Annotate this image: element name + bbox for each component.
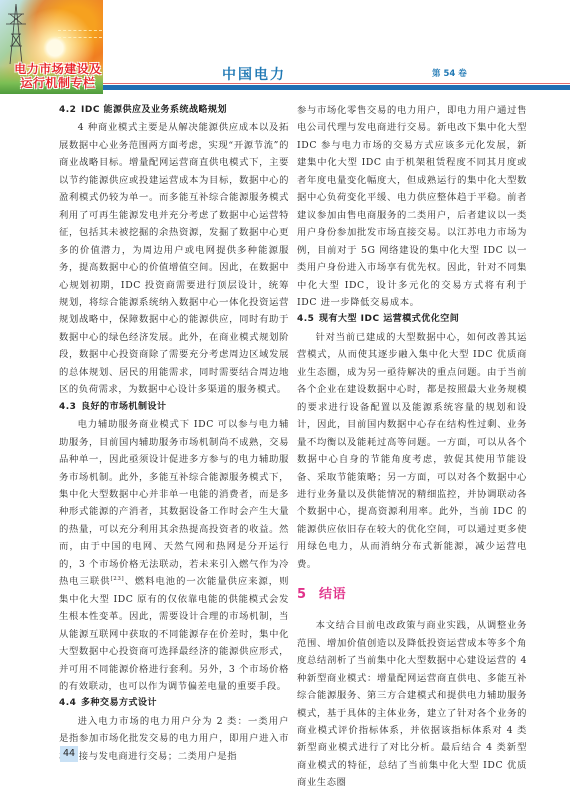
page-number: 44 xyxy=(60,746,78,762)
section-title: 现有大型 IDC 运营模式优化空间 xyxy=(319,314,459,324)
section-number: 4.4 xyxy=(59,695,81,712)
right-column: 参与市场化零售交易的电力用户，即电力用户通过售电公司代理与发电商进行交易。新电改… xyxy=(297,102,527,792)
paragraph-continued: 参与市场化零售交易的电力用户，即电力用户通过售电公司代理与发电商进行交易。新电改… xyxy=(297,102,527,311)
section-heading-5: 5结语 xyxy=(297,585,527,605)
section-title: 多种交易方式设计 xyxy=(81,698,157,708)
section-number: 4.5 xyxy=(297,311,319,328)
left-column: 4.2IDC 能源供应及业务系统战略规划 4 种商业模式主要是从解决能源供应成本… xyxy=(59,102,289,765)
section-title: 良好的市场机制设计 xyxy=(81,402,167,412)
section-number: 4.3 xyxy=(59,399,81,416)
section-number: 5 xyxy=(297,585,319,605)
decorative-lines xyxy=(58,30,102,38)
column-badge-image: 电力市场建设及 运行机制专栏 xyxy=(0,0,103,94)
section-title: 结语 xyxy=(319,587,346,602)
section-heading-4-2: 4.2IDC 能源供应及业务系统战略规划 xyxy=(59,102,289,119)
section-number: 4.2 xyxy=(59,102,81,119)
transmission-tower-icon xyxy=(6,4,26,64)
citation-ref[interactable]: [23] xyxy=(111,576,125,582)
volume-label: 第 54 卷 xyxy=(432,67,467,79)
section-title: IDC 能源供应及业务系统战略规划 xyxy=(81,105,227,115)
column-badge-line-1: 电力市场建设及 xyxy=(14,62,102,76)
column-badge-line-2: 运行机制专栏 xyxy=(14,76,102,90)
header-rule-red xyxy=(103,83,570,84)
paragraph: 4 种商业模式主要是从解决能源供应成本以及拓展数据中心业务范围两方面考虑，实现“… xyxy=(59,119,289,398)
paragraph: 本文结合目前电改政策与商业实践，从调整业务范围、增加价值创造以及降低投资运营成本… xyxy=(297,617,527,792)
section-heading-4-5: 4.5现有大型 IDC 运营模式优化空间 xyxy=(297,311,527,328)
section-heading-4-3: 4.3良好的市场机制设计 xyxy=(59,399,289,416)
paragraph-text: 、燃料电池的一次能量供应来源，则集中化大型 IDC 原有的仅依靠电能的供能模式会… xyxy=(59,576,289,692)
paragraph: 进入电力市场的电力用户分为 2 类：一类用户是指参加市场化批发交易的电力用户，即… xyxy=(59,713,289,765)
header-rule-blue xyxy=(103,85,570,90)
paragraph: 针对当前已建成的大型数据中心，如何改善其运营模式，从而使其逐步融入集中化大型 I… xyxy=(297,329,527,573)
paragraph-text: 电力辅助服务商业模式下 IDC 可以参与电力辅助服务，目前国内辅助服务市场机制尚… xyxy=(59,419,289,587)
section-heading-4-4: 4.4多种交易方式设计 xyxy=(59,695,289,712)
journal-title: 中国电力 xyxy=(222,64,286,84)
paragraph: 电力辅助服务商业模式下 IDC 可以参与电力辅助服务，目前国内辅助服务市场机制尚… xyxy=(59,416,289,695)
column-badge-caption: 电力市场建设及 运行机制专栏 xyxy=(14,62,102,90)
